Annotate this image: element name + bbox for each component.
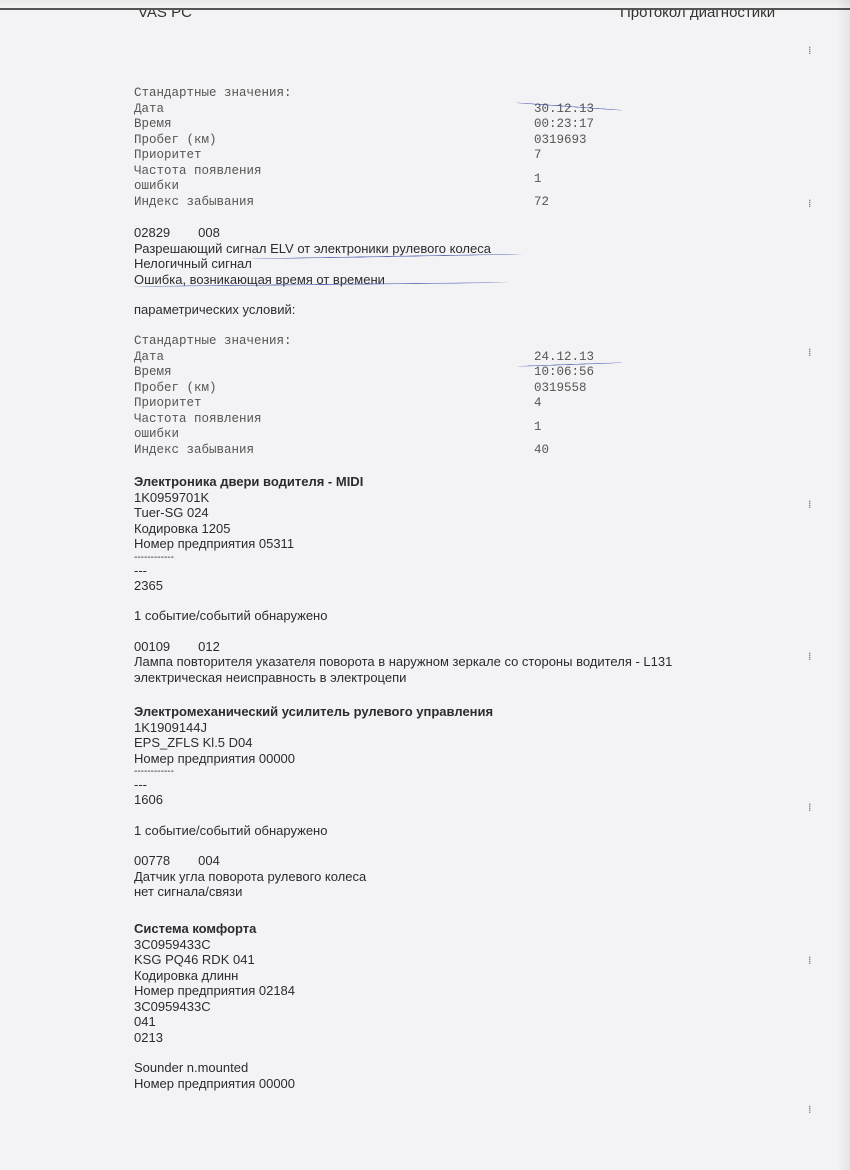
standard-value-label: Индекс забывания [134,195,254,211]
fault-code-line: 00109012 [134,639,834,655]
standard-value-row: Дата24.12.13 [134,350,654,366]
standard-value-row: Дата30.12.13 [134,102,654,118]
module-separator-short: --- [134,564,834,578]
standard-value-row: Частота появления ошибки1 [134,164,654,195]
fault-code-line: 02829008 [134,225,634,241]
module-component: Tuer-SG 024 [134,505,834,521]
fault-type: электрическая неисправность в электроцеп… [134,670,834,686]
standard-value-label: Частота появления ошибки [134,412,262,443]
standard-value: 0319693 [534,133,587,149]
module-title: Электромеханический усилитель рулевого у… [134,704,834,720]
fault-conditions-label: параметрических условий: [134,302,634,318]
standard-value: 40 [534,443,549,459]
scan-mark: ⁞ [808,1103,812,1116]
scan-mark: ⁞ [808,498,812,511]
module-title: Система комфорта [134,921,834,937]
standard-value: 0319558 [534,381,587,397]
module-number: 2365 [134,578,834,594]
fault-type: Нелогичный сигнал [134,256,634,272]
standard-value-label: Пробег (км) [134,133,217,149]
scan-mark: ⁞ [808,44,812,57]
module-sub-number: 0213 [134,1030,834,1046]
sub-component-name: Sounder n.mounted [134,1060,834,1076]
standard-value-row: Приоритет7 [134,148,654,164]
standard-value-row: Индекс забывания40 [134,443,654,459]
standard-value-row: Время00:23:17 [134,117,654,133]
header-app-name: VAS PC [138,10,192,20]
scan-mark: ⁞ [808,801,812,814]
fault-code-line: 00778004 [134,853,834,869]
module-steering-assist: Электромеханический усилитель рулевого у… [134,704,834,900]
fault-subcode: 004 [198,853,220,868]
scan-mark: ⁞ [808,954,812,967]
standard-value-label: Частота появления ошибки [134,164,262,195]
fault-description: Лампа повторителя указателя поворота в н… [134,654,834,670]
standard-value-row: Приоритет4 [134,396,654,412]
fault-description: Разрешающий сигнал ELV от электроники ру… [134,241,634,257]
module-sub-part-number: 3C0959433C [134,999,834,1015]
module-component: KSG PQ46 RDK 041 [134,952,834,968]
standard-value-label: Дата [134,102,164,118]
standard-values-block-2: Стандартные значения: Дата24.12.13Время1… [134,334,654,458]
page-right-shadow [836,0,850,1170]
standard-value-row: Частота появления ошибки1 [134,412,654,443]
standard-value-row: Индекс забывания72 [134,195,654,211]
fault-code: 00778 [134,853,170,868]
standard-value: 72 [534,195,549,211]
standard-value: 1 [534,172,542,188]
standard-value-label: Индекс забывания [134,443,254,459]
standard-values-heading: Стандартные значения: [134,334,654,350]
standard-value-label: Приоритет [134,148,202,164]
standard-value: 1 [534,420,542,436]
standard-value-label: Время [134,365,172,381]
scan-mark: ⁞ [808,197,812,210]
standard-values-block-1: Стандартные значения: Дата30.12.13Время0… [134,86,654,210]
module-component: EPS_ZFLS Kl.5 D04 [134,735,834,751]
fault-type: нет сигнала/связи [134,884,834,900]
module-separator-short: --- [134,778,834,792]
fault-subcode: 008 [198,225,220,240]
fault-02829: 02829008 Разрешающий сигнал ELV от элект… [134,225,634,318]
standard-value: 10:06:56 [534,365,594,381]
sub-component-workshop-code: Номер предприятия 00000 [134,1076,834,1092]
fault-description: Датчик угла поворота рулевого колеса [134,869,834,885]
module-separator: ------------ [134,766,834,778]
module-workshop-code: Номер предприятия 00000 [134,751,834,767]
standard-value: 7 [534,148,542,164]
module-coding: Кодировка длинн [134,968,834,984]
standard-values-heading: Стандартные значения: [134,86,654,102]
standard-value-label: Пробег (км) [134,381,217,397]
fault-code: 00109 [134,639,170,654]
standard-value-row: Пробег (км)0319558 [134,381,654,397]
standard-value: 00:23:17 [534,117,594,133]
standard-value-row: Пробег (км)0319693 [134,133,654,149]
scan-mark: ⁞ [808,650,812,663]
fault-code: 02829 [134,225,170,240]
module-part-number: 3C0959433C [134,937,834,953]
scan-mark: ⁞ [808,346,812,359]
standard-value-label: Дата [134,350,164,366]
standard-value-label: Приоритет [134,396,202,412]
module-sub-version: 041 [134,1014,834,1030]
fault-subcode: 012 [198,639,220,654]
standard-value-label: Время [134,117,172,133]
module-workshop-code: Номер предприятия 05311 [134,536,834,552]
standard-value: 4 [534,396,542,412]
module-separator: ------------ [134,552,834,564]
module-part-number: 1K1909144J [134,720,834,736]
module-comfort-system: Система комфорта 3C0959433C KSG PQ46 RDK… [134,921,834,1091]
module-coding: Кодировка 1205 [134,521,834,537]
module-part-number: 1K0959701K [134,490,834,506]
module-events-found: 1 событие/событий обнаружено [134,608,834,624]
module-events-found: 1 событие/событий обнаружено [134,823,834,839]
standard-value-row: Время10:06:56 [134,365,654,381]
module-title: Электроника двери водителя - MIDI [134,474,834,490]
page-top-edge [0,0,850,10]
module-number: 1606 [134,792,834,808]
module-workshop-code: Номер предприятия 02184 [134,983,834,999]
module-driver-door: Электроника двери водителя - MIDI 1K0959… [134,474,834,685]
header-document-title: Протокол диагностики [620,10,775,20]
